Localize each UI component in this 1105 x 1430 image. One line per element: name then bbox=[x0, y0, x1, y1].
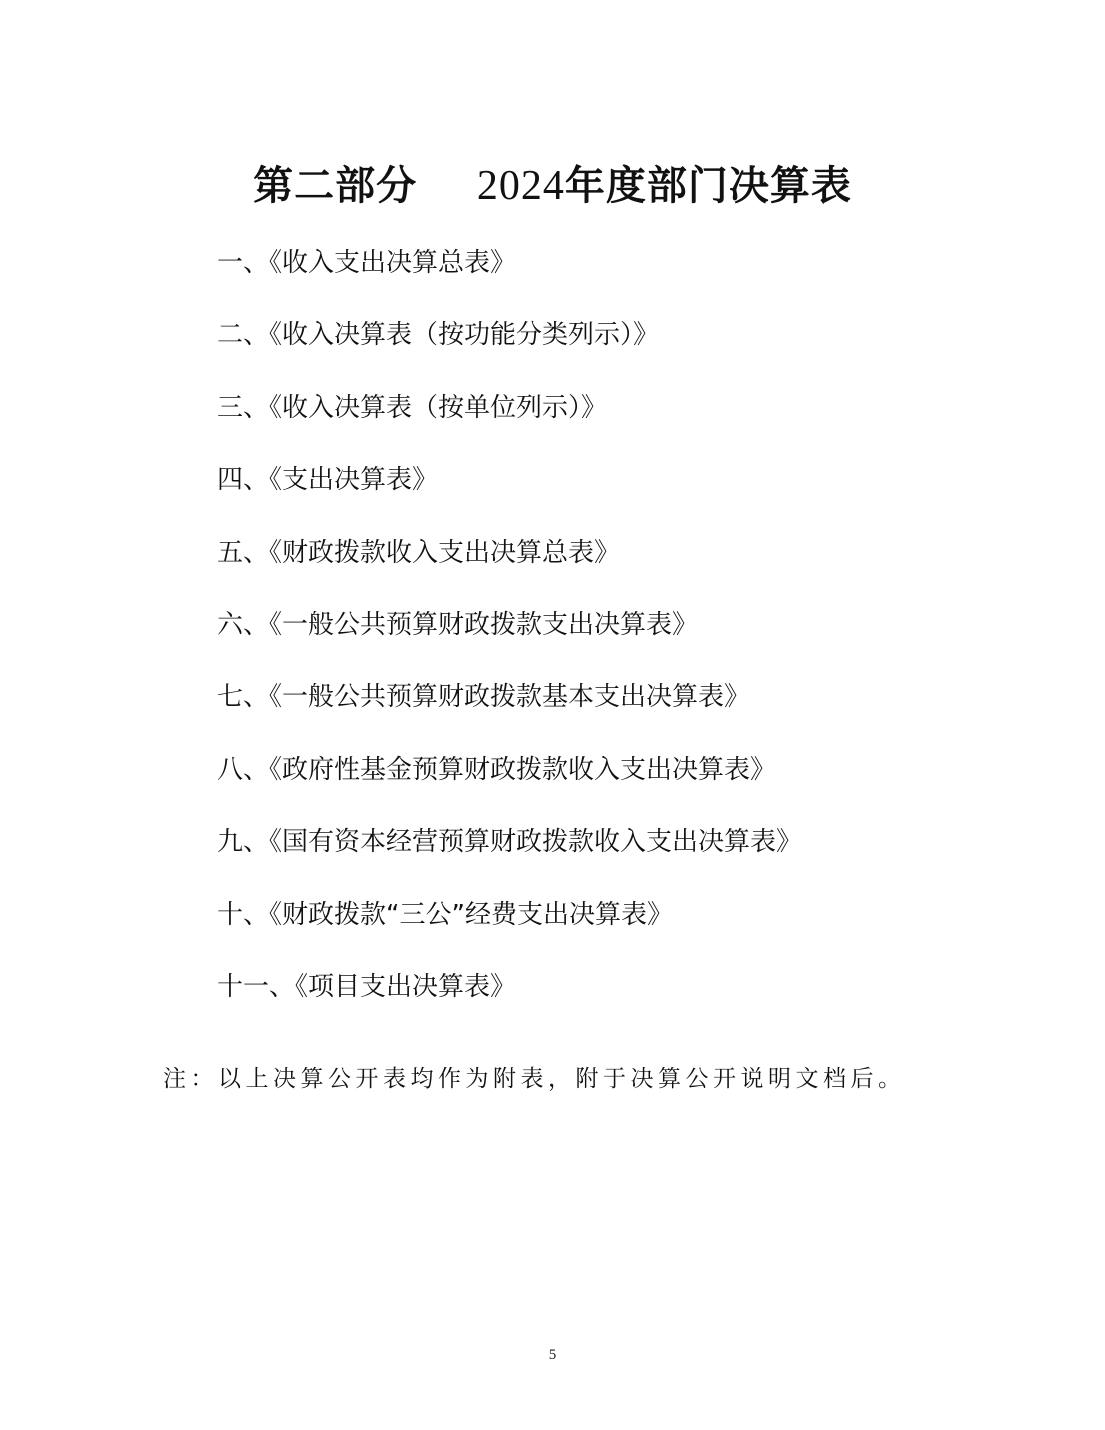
toc-item: 四、《支出决算表》 bbox=[217, 460, 802, 532]
toc-item-title: 《财政拨款收入支出决算总表》 bbox=[269, 538, 620, 568]
toc-item-number: 五、 bbox=[217, 538, 269, 568]
toc-item: 十一、《项目支出决算表》 bbox=[217, 967, 802, 1039]
toc-item-title: 《国有资本经营预算财政拨款收入支出决算表》 bbox=[269, 827, 802, 857]
table-of-contents: 一、《收入支出决算总表》 二、《收入决算表（按功能分类列示）》 三、《收入决算表… bbox=[217, 243, 802, 1039]
toc-item: 八、《政府性基金预算财政拨款收入支出决算表》 bbox=[217, 750, 802, 822]
toc-item-title: 《一般公共预算财政拨款基本支出决算表》 bbox=[269, 682, 750, 712]
toc-item-number: 二、 bbox=[217, 320, 269, 350]
toc-item-title: 《政府性基金预算财政拨款收入支出决算表》 bbox=[269, 755, 776, 785]
toc-item: 一、《收入支出决算总表》 bbox=[217, 243, 802, 315]
toc-item-title: 《收入决算表（按功能分类列示）》 bbox=[269, 320, 659, 350]
toc-item-title: 《一般公共预算财政拨款支出决算表》 bbox=[269, 610, 698, 640]
toc-item-title: 《收入支出决算总表》 bbox=[269, 248, 516, 278]
toc-item: 三、《收入决算表（按单位列示）》 bbox=[217, 388, 802, 460]
toc-item-title: 《收入决算表（按单位列示）》 bbox=[269, 393, 607, 423]
toc-item-number: 三、 bbox=[217, 393, 269, 423]
toc-item-title: 《项目支出决算表》 bbox=[295, 972, 516, 1002]
toc-item-title: 《财政拨款“三公”经费支出决算表》 bbox=[269, 900, 673, 930]
toc-item-number: 十、 bbox=[217, 900, 269, 930]
toc-item-number: 九、 bbox=[217, 827, 269, 857]
toc-item: 七、《一般公共预算财政拨款基本支出决算表》 bbox=[217, 677, 802, 749]
title-rest: 年度部门决算表 bbox=[565, 162, 852, 209]
toc-item-number: 六、 bbox=[217, 610, 269, 640]
page-number: 5 bbox=[0, 1347, 1105, 1364]
toc-item: 二、《收入决算表（按功能分类列示）》 bbox=[217, 315, 802, 387]
toc-item: 九、《国有资本经营预算财政拨款收入支出决算表》 bbox=[217, 822, 802, 894]
toc-item: 六、《一般公共预算财政拨款支出决算表》 bbox=[217, 605, 802, 677]
toc-item-number: 八、 bbox=[217, 755, 269, 785]
footnote: 注：以上决算公开表均作为附表，附于决算公开说明文档后。 bbox=[163, 1061, 906, 1097]
title-part: 第二部分 bbox=[253, 162, 417, 209]
toc-item-number: 十一、 bbox=[217, 972, 295, 1002]
page-title: 第二部分 2024年度部门决算表 bbox=[0, 160, 1105, 212]
toc-item: 十、《财政拨款“三公”经费支出决算表》 bbox=[217, 895, 802, 967]
title-year: 2024 bbox=[477, 163, 565, 209]
toc-item-number: 四、 bbox=[217, 465, 269, 495]
toc-item-title: 《支出决算表》 bbox=[269, 465, 438, 495]
toc-item-number: 一、 bbox=[217, 248, 269, 278]
toc-item: 五、《财政拨款收入支出决算总表》 bbox=[217, 533, 802, 605]
toc-item-number: 七、 bbox=[217, 682, 269, 712]
